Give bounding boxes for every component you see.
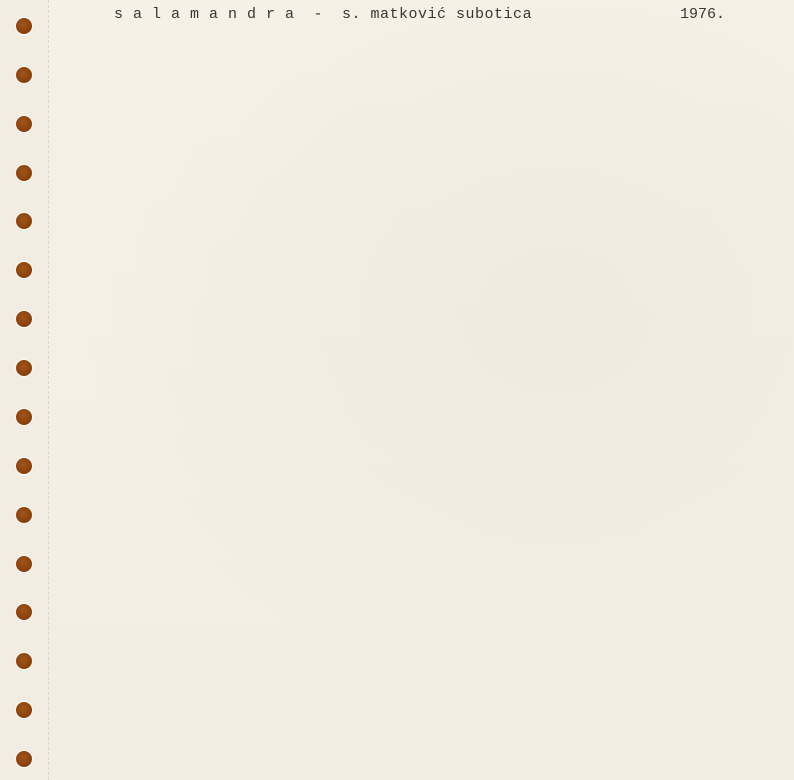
binder-hole: [16, 702, 32, 718]
binder-hole: [16, 116, 32, 132]
binder-hole: [16, 360, 32, 376]
binder-hole: [16, 18, 32, 34]
binder-hole: [16, 556, 32, 572]
binder-hole: [16, 507, 32, 523]
binder-hole: [16, 409, 32, 425]
binder-hole: [16, 751, 32, 767]
perforation-line: [48, 0, 49, 780]
binder-hole: [16, 458, 32, 474]
typed-header-title: s a l a m a n d r a - s. matković suboti…: [114, 6, 532, 23]
binder-hole: [16, 165, 32, 181]
typed-header-year: 1976.: [680, 6, 725, 23]
paper-sheet: s a l a m a n d r a - s. matković suboti…: [0, 0, 794, 780]
binder-hole: [16, 67, 32, 83]
